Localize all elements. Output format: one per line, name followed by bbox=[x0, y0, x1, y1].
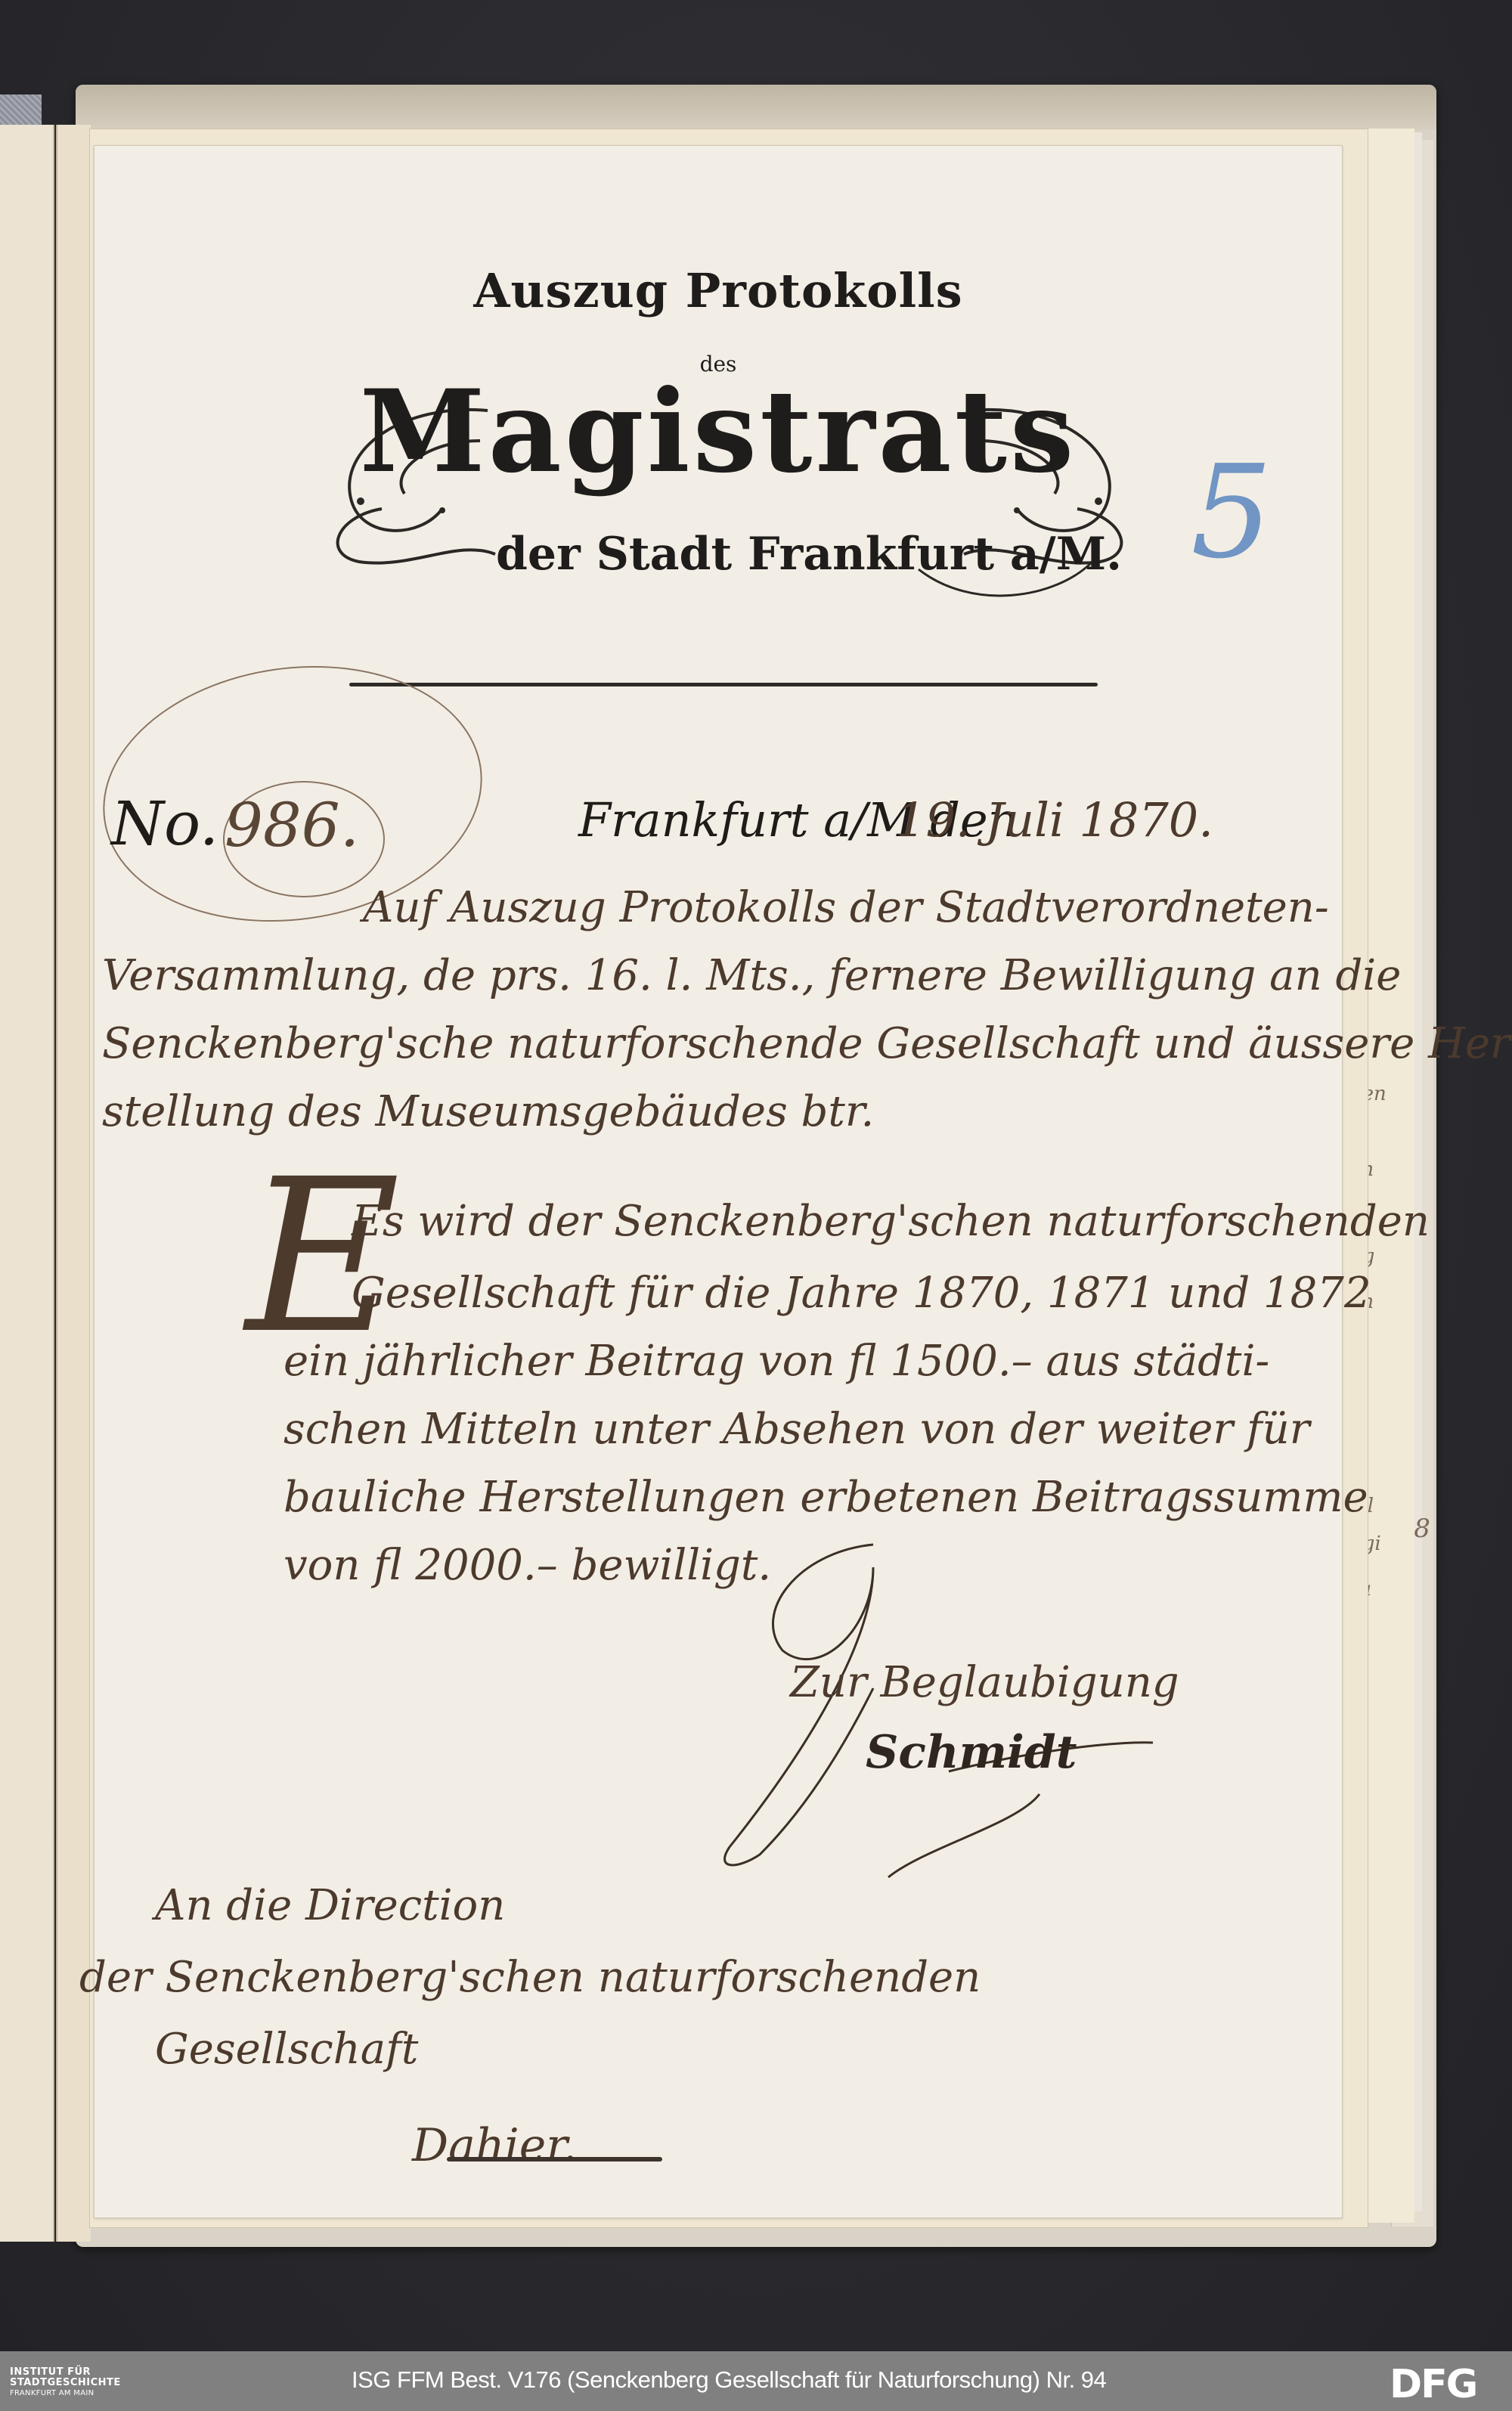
resolution-line: ein jährlicher Beitrag von fl 1500.– aus… bbox=[283, 1337, 1269, 1386]
archive-mark-blue: 5 bbox=[1191, 448, 1289, 600]
board-stain bbox=[76, 85, 1436, 130]
resolution-line: Es wird der Senckenberg'schen naturforsc… bbox=[352, 1197, 1430, 1246]
binding-cloth bbox=[0, 95, 42, 125]
closing-underline bbox=[447, 2157, 662, 2162]
intro-line: Senckenberg'sche naturforschende Gesells… bbox=[102, 1019, 1512, 1068]
addressee-line: der Senckenberg'schen naturforschenden bbox=[79, 1953, 981, 2002]
intro-line: stellung des Museumsgebäudes btr. bbox=[102, 1087, 874, 1136]
footer-caption: ISG FFM Best. V176 (Senckenberg Gesellsc… bbox=[352, 2366, 1106, 2394]
header-title-line: Auszug Protokolls bbox=[94, 263, 1342, 318]
header-rule bbox=[349, 683, 1098, 686]
record-number: 986. bbox=[225, 790, 359, 860]
resolution-line: Gesellschaft für die Jahre 1870, 1871 un… bbox=[352, 1269, 1371, 1318]
document-page: Auszug Protokolls des Magistrats der Sta… bbox=[94, 145, 1343, 2218]
resolution-line: schen Mitteln unter Absehen von der weit… bbox=[283, 1405, 1309, 1454]
dateline-date: 19. Juli 1870. bbox=[896, 792, 1213, 848]
institution-line3: FRANKFURT AM MAIN bbox=[10, 2388, 121, 2399]
addressee-line: An die Direction bbox=[155, 1881, 505, 1930]
certification-label: Zur Beglaubigung bbox=[790, 1658, 1179, 1707]
intro-line: Versammlung, de prs. 16. l. Mts., ferner… bbox=[102, 951, 1401, 1000]
addressee-line: Gesellschaft bbox=[155, 2025, 418, 2074]
dfg-logo-icon: DFG bbox=[1390, 2362, 1476, 2407]
resolution-initial: E bbox=[246, 1151, 400, 1363]
header-magistrats: Magistrats bbox=[94, 365, 1342, 498]
institution-logo: INSTITUT FÜR STADTGESCHICHTE FRANKFURT A… bbox=[10, 2367, 121, 2399]
archive-footer: INSTITUT FÜR STADTGESCHICHTE FRANKFURT A… bbox=[0, 2351, 1512, 2411]
resolution-line: von fl 2000.– bewilligt. bbox=[283, 1541, 771, 1590]
institution-line1: INSTITUT FÜR bbox=[10, 2367, 121, 2378]
addressee-closing: Dahier. bbox=[412, 2119, 577, 2172]
resolution-line: bauliche Herstellungen erbetenen Beitrag… bbox=[283, 1473, 1368, 1522]
record-number-label: No. bbox=[111, 789, 218, 859]
certifier-signature: Schmidt bbox=[866, 1726, 1077, 1779]
left-leaf bbox=[0, 125, 54, 2242]
institution-line2: STADTGESCHICHTE bbox=[10, 2378, 121, 2388]
gutter-strip bbox=[56, 125, 91, 2242]
intro-line: Auf Auszug Protokolls der Stadtverordnet… bbox=[363, 883, 1329, 932]
